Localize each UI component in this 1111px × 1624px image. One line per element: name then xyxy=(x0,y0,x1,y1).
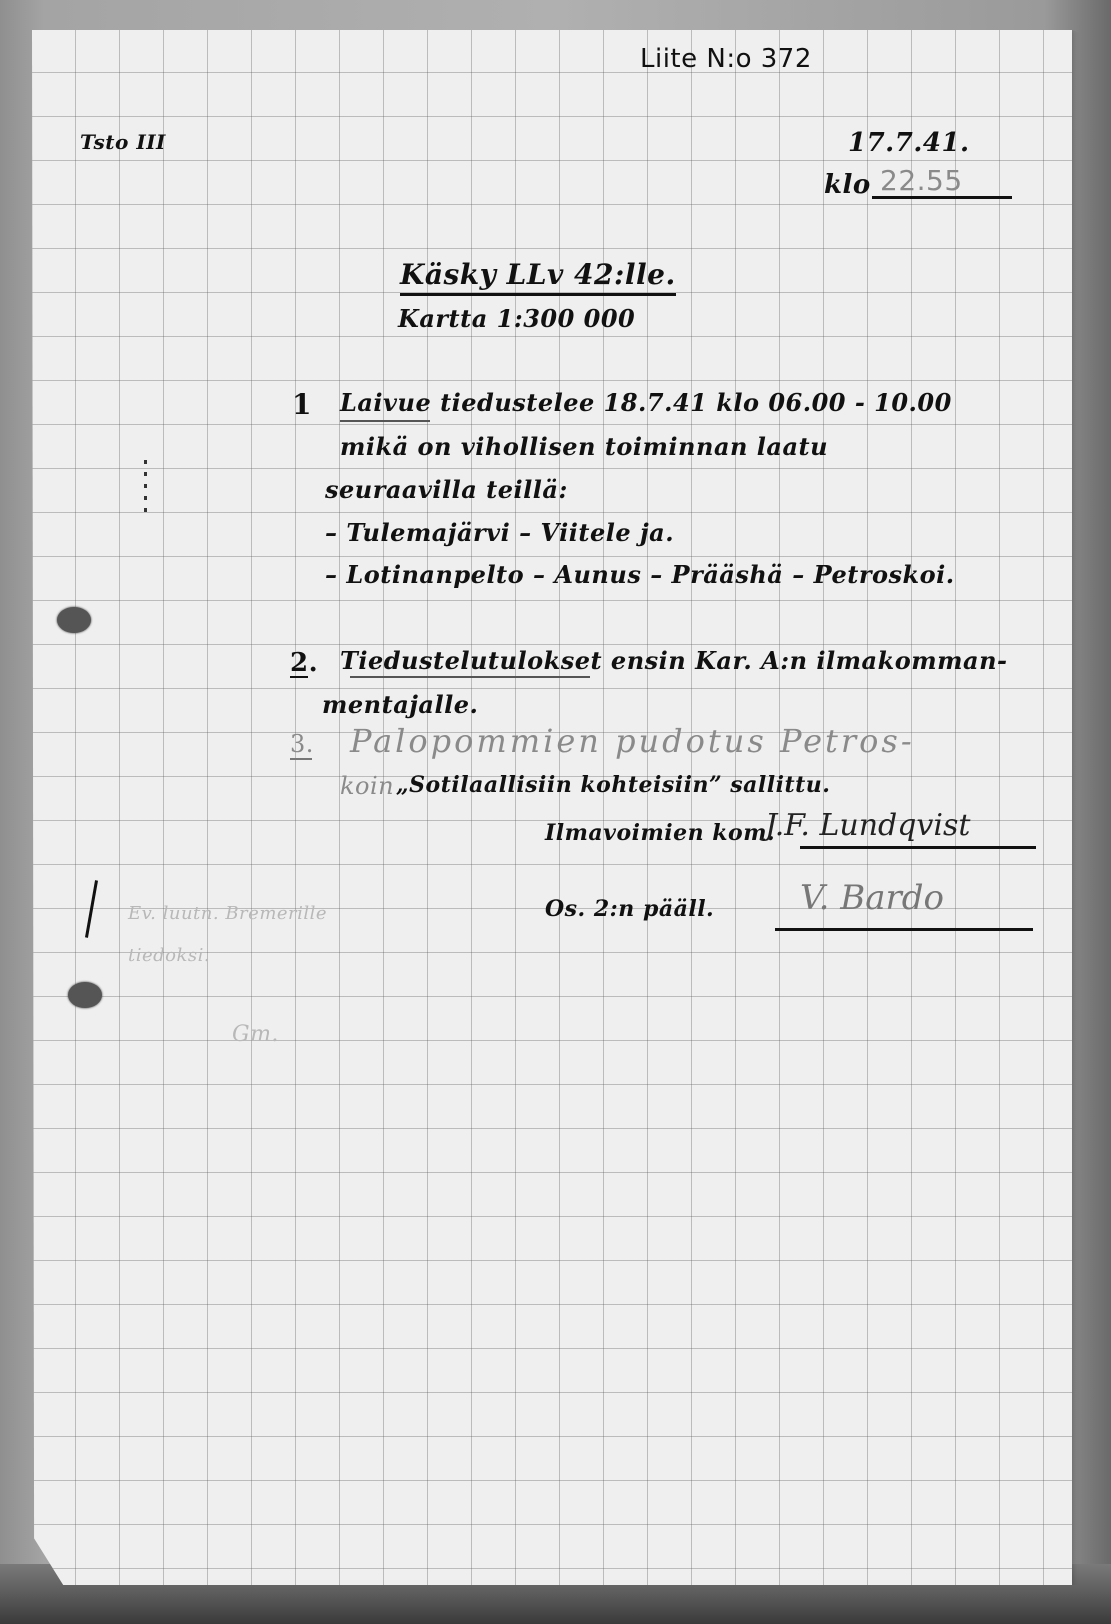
item-line: „Sotilaallisiin kohteisiin” sallittu. xyxy=(396,772,830,798)
order-title: Käsky LLv 42:lle. xyxy=(400,258,676,296)
signature-line xyxy=(775,928,1033,931)
pencil-line: Palopommien pudotus Petros- xyxy=(350,722,915,760)
time-prefix: klo xyxy=(824,170,871,200)
route-1: – Tulemajärvi – Viitele ja. xyxy=(325,518,674,547)
margin-note-initials: Gm. xyxy=(232,1022,279,1047)
map-reference: Kartta 1:300 000 xyxy=(398,304,635,333)
punch-hole-lower xyxy=(68,982,102,1008)
margin-note-line: tiedoksi. xyxy=(128,945,210,966)
item-underline xyxy=(340,420,430,422)
signature: J.F. Lundqvist xyxy=(765,808,970,843)
item-number-underline xyxy=(290,758,312,760)
signature: V. Bardo xyxy=(800,878,944,918)
punch-hole-upper xyxy=(57,607,91,633)
signature-label: Os. 2:n pääll. xyxy=(545,896,714,922)
annex-label: Liite N:o 372 xyxy=(640,44,812,74)
time-underline xyxy=(872,196,1012,199)
item-number: 3. xyxy=(290,730,314,758)
pencil-line-prefix: koin xyxy=(340,772,394,800)
signature-label: Ilmavoimien kom. xyxy=(545,820,775,846)
item-number: 2. xyxy=(290,648,318,678)
signature-line xyxy=(800,846,1036,849)
item-line: mikä on vihollisen toiminnan laatu xyxy=(340,432,828,461)
item-number: 1 xyxy=(292,388,312,421)
margin-note-line: Ev. luutn. Bremerille xyxy=(128,903,327,924)
document-time: 22.55 xyxy=(880,164,963,197)
route-2: – Lotinanpelto – Aunus – Prääshä – Petro… xyxy=(325,560,955,589)
item-line: mentajalle. xyxy=(322,690,478,719)
office-label: Tsto III xyxy=(80,130,166,154)
staple-marks xyxy=(144,460,147,520)
item-underline xyxy=(350,676,590,678)
document-date: 17.7.41. xyxy=(848,128,970,158)
item-line: Laivue tiedustelee 18.7.41 klo 06.00 - 1… xyxy=(340,388,952,417)
item-line: seuraavilla teillä: xyxy=(325,475,568,504)
item-line: Tiedustelutulokset ensin Kar. A:n ilmako… xyxy=(340,646,1008,675)
item-number-underline xyxy=(290,676,308,678)
